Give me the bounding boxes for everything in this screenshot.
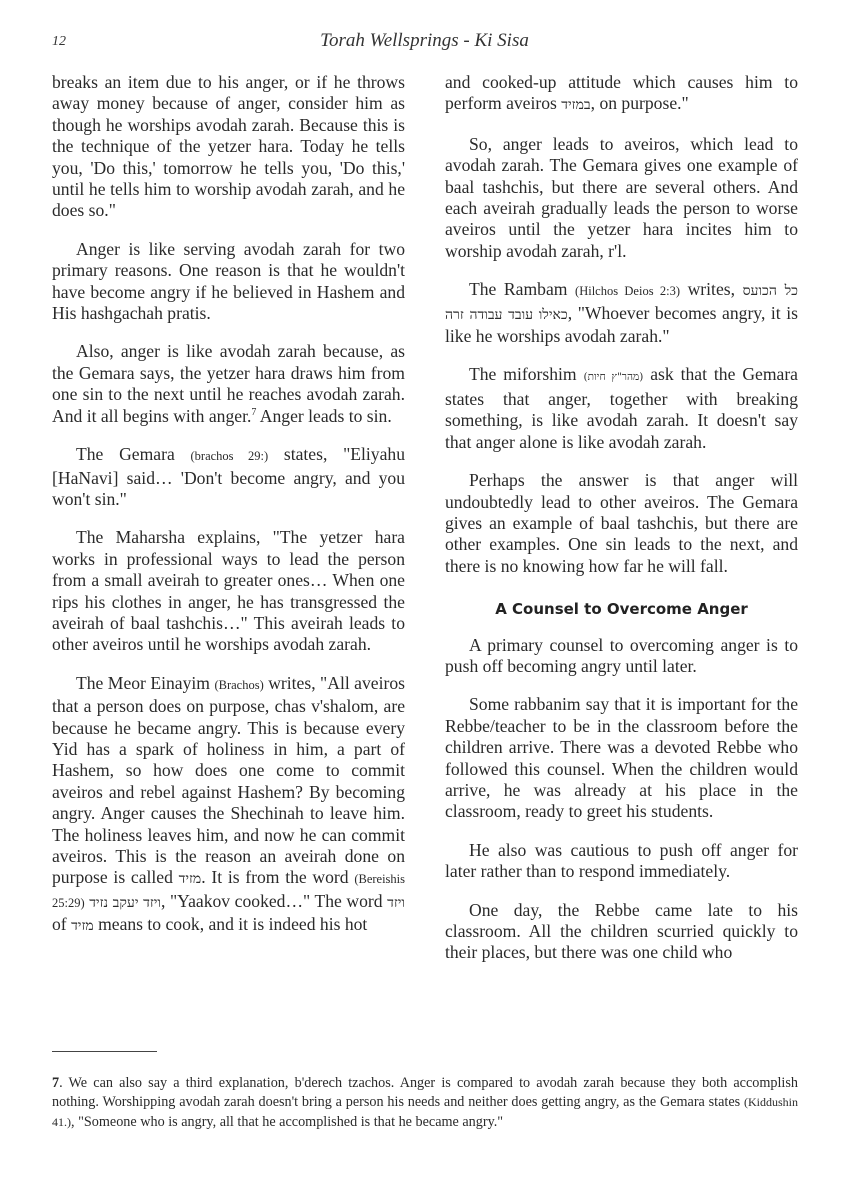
paragraph: Some rabbanim say that it is important f… — [445, 694, 798, 822]
paragraph-text: of — [52, 914, 71, 934]
paragraph: Perhaps the answer is that anger will un… — [445, 470, 798, 577]
hebrew-word: מזיד — [71, 918, 94, 934]
paragraph-text: The Rambam — [469, 279, 575, 299]
paragraph-text: Some rabbanim say that it is important f… — [445, 694, 798, 821]
paragraph: He also was cautious to push off anger f… — [445, 840, 798, 883]
section-heading: A Counsel to Overcome Anger — [445, 599, 798, 620]
paragraph-text: He also was cautious to push off anger f… — [445, 840, 798, 881]
paragraph-text: writes, "All aveiros that a person does … — [52, 673, 405, 888]
paragraph: The Maharsha explains, "The yetzer hara … — [52, 527, 405, 655]
paragraph: The miforshim (מהר"ץ חיות) ask that the … — [445, 364, 798, 453]
paragraph: and cooked-up attitude which causes him … — [445, 72, 798, 117]
hebrew-word: ויזד — [387, 895, 405, 911]
paragraph: Anger is like serving avodah zarah for t… — [52, 239, 405, 325]
book-page: 12 Torah Wellsprings - Ki Sisa breaks an… — [0, 0, 849, 1200]
source-citation: (Brachos) — [214, 678, 263, 692]
paragraph-text: , on purpose." — [591, 93, 689, 113]
paragraph-text: A primary counsel to overcoming anger is… — [445, 635, 798, 676]
footnote-divider — [52, 1051, 157, 1052]
footnote: 7. We can also say a third explanation, … — [52, 1074, 798, 1132]
paragraph: A primary counsel to overcoming anger is… — [445, 635, 798, 678]
hebrew-word: במזיד — [561, 97, 590, 113]
paragraph: The Gemara (brachos 29:) states, "Eliyah… — [52, 444, 405, 510]
source-citation: (מהר"ץ חיות) — [584, 371, 644, 383]
paragraph-text: One day, the Rebbe came late to his clas… — [445, 900, 798, 963]
source-citation: (brachos 29:) — [191, 449, 269, 463]
paragraph-text: means to cook, and it is indeed his hot — [94, 914, 368, 934]
right-column: and cooked-up attitude which causes him … — [445, 72, 798, 981]
page-header: 12 Torah Wellsprings - Ki Sisa — [52, 30, 797, 56]
paragraph: Also, anger is like avodah zarah because… — [52, 341, 405, 427]
paragraph-text: Anger is like serving avodah zarah for t… — [52, 239, 405, 323]
running-title: Torah Wellsprings - Ki Sisa — [52, 30, 797, 52]
paragraph: One day, the Rebbe came late to his clas… — [445, 900, 798, 964]
hebrew-quote: ויזד יעקב נזיד — [89, 895, 161, 911]
paragraph: So, anger leads to aveiros, which lead t… — [445, 134, 798, 262]
paragraph-text: writes, — [680, 279, 743, 299]
left-column: breaks an item due to his anger, or if h… — [52, 72, 405, 955]
hebrew-word: מזיד — [179, 871, 202, 887]
paragraph: breaks an item due to his anger, or if h… — [52, 72, 405, 222]
footnote-text: , "Someone who is angry, all that he acc… — [71, 1114, 503, 1130]
paragraph-text: The miforshim — [469, 364, 584, 384]
paragraph-text: . It is from the word — [201, 867, 354, 887]
paragraph-text: breaks an item due to his anger, or if h… — [52, 72, 405, 220]
paragraph: The Meor Einayim (Brachos) writes, "All … — [52, 673, 405, 938]
paragraph-text: The Meor Einayim — [76, 673, 214, 693]
paragraph-text: Perhaps the answer is that anger will un… — [445, 470, 798, 576]
paragraph-text: The Maharsha explains, "The yetzer hara … — [52, 527, 405, 654]
source-citation: (Hilchos Deios 2:3) — [575, 284, 680, 298]
footnote-text: . We can also say a third explanation, b… — [52, 1075, 798, 1110]
paragraph: The Rambam (Hilchos Deios 2:3) writes, כ… — [445, 279, 798, 347]
paragraph-text: , "Yaakov cooked…" The word — [161, 891, 387, 911]
paragraph-text: Anger leads to sin. — [256, 406, 391, 426]
paragraph-text: So, anger leads to aveiros, which lead t… — [445, 134, 798, 261]
paragraph-text: The Gemara — [76, 444, 191, 464]
